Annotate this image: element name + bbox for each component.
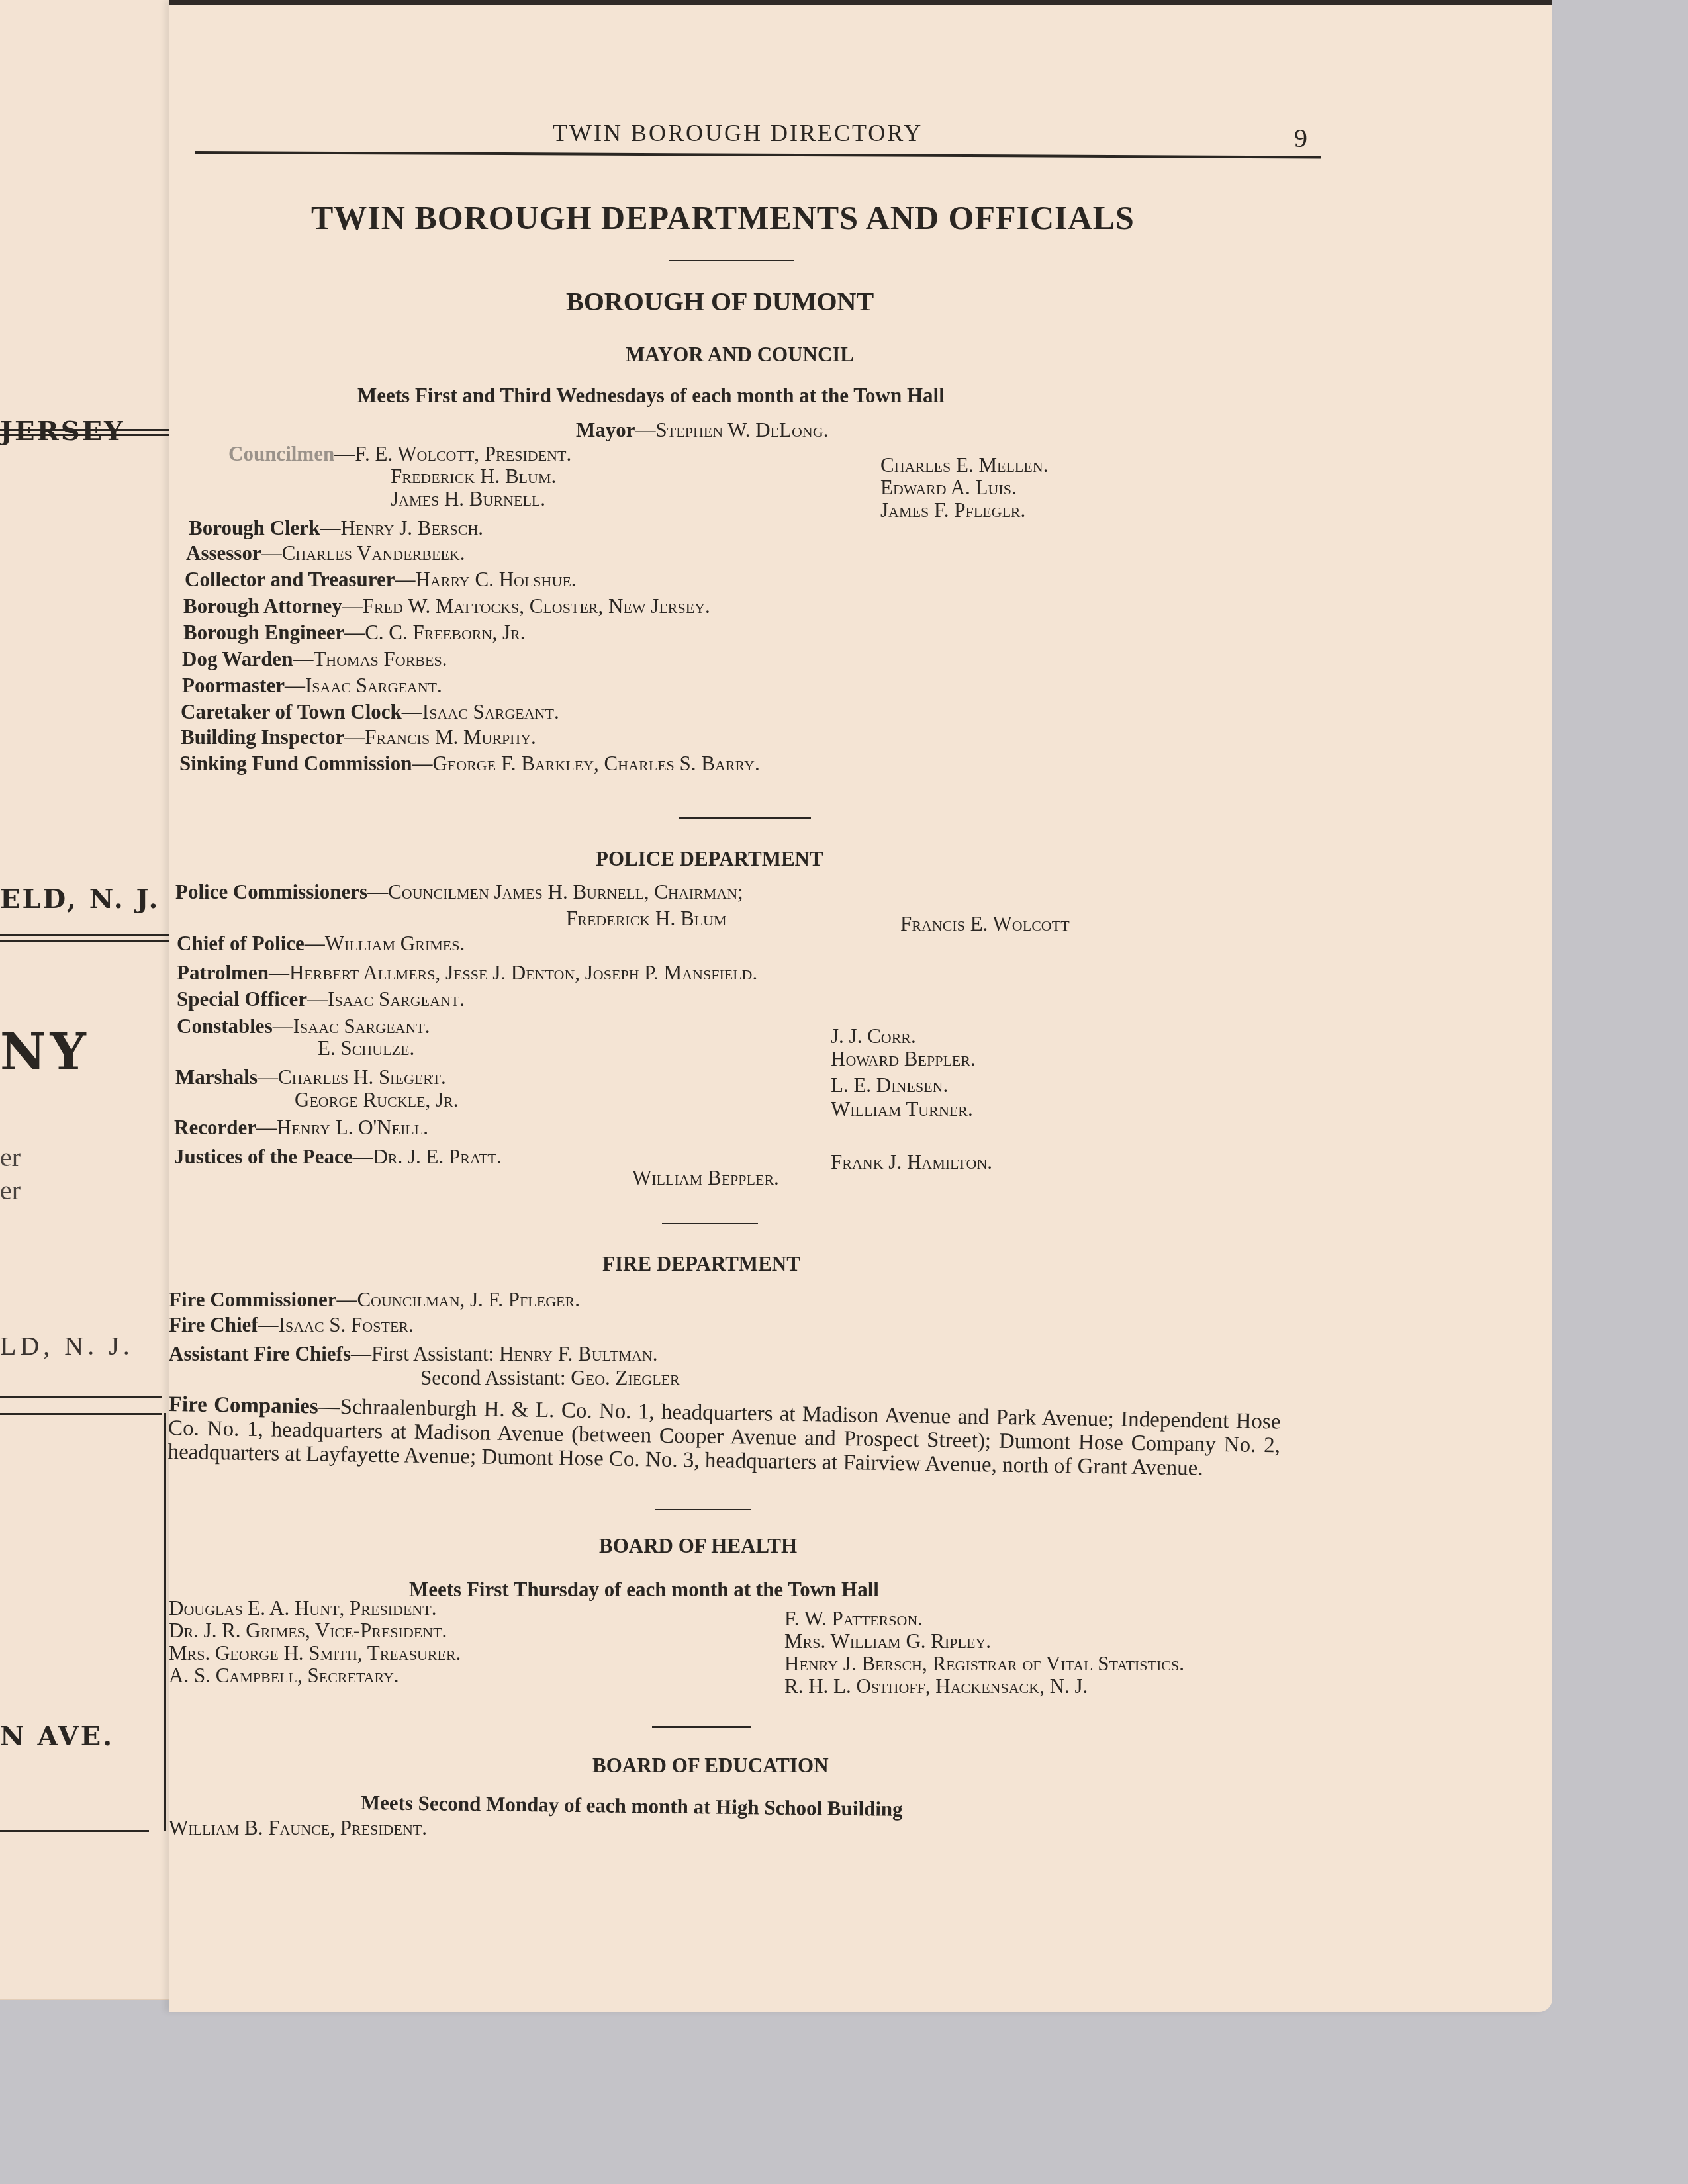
official-line: Marshals—Charles H. Siegert. [175,1066,446,1089]
left-fragment-field-2: LD, N. J. [0,1330,134,1361]
councilman: James H. Burnell. [391,487,545,511]
education-meets: Meets Second Monday of each month at Hig… [361,1791,903,1821]
official-line: Assistant Fire Chiefs—First Assistant: H… [169,1342,658,1366]
official-name: Charles H. Siegert. [278,1066,446,1089]
councilman: F. E. Wolcott, President. [355,442,571,465]
left-fragment-field: ELD, N. J. [0,884,160,915]
official-title: Sinking Fund Commission [179,752,412,775]
councilman: Charles E. Mellen. [880,453,1048,477]
official-name: William Grimes. [325,932,465,955]
official-name: Thomas Forbes. [313,647,447,670]
official-title: Fire Companies [168,1392,318,1419]
official-name: Councilman, J. F. Pfleger. [357,1288,580,1311]
official-line: Patrolmen—Herbert Allmers, Jesse J. Dent… [177,961,757,985]
mayor-name: Stephen W. DeLong. [656,418,829,441]
mayor-line: Mayor—Stephen W. DeLong. [576,418,828,442]
official-title: Police Commissioners [175,880,367,903]
divider [0,934,179,936]
health-member: Mrs. William G. Ripley. [784,1629,991,1653]
page-title: TWIN BOROUGH DEPARTMENTS AND OFFICIALS [311,199,1135,237]
official-name: Charles Vanderbeek. [282,541,465,565]
official-line: Special Officer—Isaac Sargeant. [177,987,465,1011]
official-title: Collector and Treasurer [185,568,395,591]
official-name: Isaac Sargeant. [293,1015,430,1038]
official-title: Special Officer [177,987,307,1011]
divider [0,1830,149,1832]
left-fragment-er: er [0,1175,21,1206]
official-name: Geo. Ziegler [571,1366,679,1389]
divider [669,260,794,261]
divider [0,1396,162,1398]
official-name: William Beppler. [632,1166,779,1190]
mayor-council-meets: Meets First and Third Wednesdays of each… [357,384,945,408]
health-member: Henry J. Bersch, Registrar of Vital Stat… [784,1652,1184,1676]
official-name: Francis M. Murphy. [365,725,536,749]
page-edge-shadow [169,0,1552,5]
official-name: Councilmen James H. Burnell, Chairman; [388,880,743,903]
official-line: Caretaker of Town Clock—Isaac Sargeant. [181,700,559,724]
official-title: Assistant Fire Chiefs [169,1342,351,1365]
police-heading: POLICE DEPARTMENT [596,847,823,871]
official-title: Fire Commissioner [169,1288,336,1311]
fire-heading: FIRE DEPARTMENT [602,1252,800,1276]
official-name: Isaac Sargeant. [328,987,465,1011]
official-name: Frank J. Hamilton. [831,1150,992,1174]
official-line: Assessor—Charles Vanderbeek. [186,541,465,565]
official-title: Patrolmen [177,961,269,984]
official-line: Borough Clerk—Henry J. Bersch. [189,516,483,540]
official-name: George Ruckle, Jr. [295,1088,458,1112]
official-name: L. E. Dinesen. [831,1073,948,1097]
divider [662,1223,758,1224]
divider [0,940,177,942]
health-member: R. H. L. Osthoff, Hackensack, N. J. [784,1674,1088,1698]
official-name: Herbert Allmers, Jesse J. Denton, Joseph… [289,961,757,984]
councilman: Edward A. Luis. [880,476,1017,500]
official-name: Isaac Sargeant. [305,674,442,697]
official-line: Justices of the Peace—Dr. J. E. Pratt. [174,1145,502,1169]
divider [652,1726,751,1728]
official-title: Borough Engineer [183,621,344,644]
official-title: Assessor [186,541,261,565]
official-name: J. J. Corr. [831,1024,916,1048]
councilmen-label: Councilmen [228,442,334,465]
official-line: Fire Commissioner—Councilman, J. F. Pfle… [169,1288,580,1312]
divider [679,817,811,819]
official-title: Poormaster [182,674,285,697]
official-title: Marshals [175,1066,258,1089]
health-member: Dr. J. R. Grimes, Vice-President. [169,1619,447,1643]
divider [0,1413,162,1415]
official-line: Second Assistant: Geo. Ziegler [420,1366,680,1390]
official-line: Dog Warden—Thomas Forbes. [182,647,447,671]
mayor-label: Mayor [576,418,635,441]
mayor-council-heading: MAYOR AND COUNCIL [626,343,854,367]
assistant-label: First Assistant: [371,1342,494,1365]
official-name: William Turner. [831,1097,973,1121]
official-line: Borough Attorney—Fred W. Mattocks, Clost… [183,594,710,618]
official-title: Recorder [174,1116,256,1139]
official-name: Howard Beppler. [831,1047,976,1071]
official-line: Collector and Treasurer—Harry C. Holshue… [185,568,577,592]
health-member: Douglas E. A. Hunt, President. [169,1596,436,1620]
official-name: George F. Barkley, Charles S. Barry. [432,752,759,775]
divider [0,434,191,436]
official-line: Building Inspector—Francis M. Murphy. [181,725,536,749]
directory-page: TWIN BOROUGH DIRECTORY 9 TWIN BOROUGH DE… [169,0,1552,2012]
official-title: Fire Chief [169,1313,258,1336]
left-fragment-jersey: JERSEY [0,416,125,447]
official-title: Borough Clerk [189,516,320,539]
official-title: Chief of Police [177,932,305,955]
official-name: E. Schulze. [318,1036,414,1060]
health-member: A. S. Campbell, Secretary. [169,1664,399,1688]
left-fragment-company: NY [0,1023,90,1081]
fire-companies-text: Schraalenburgh H. & L. Co. No. 1, headqu… [167,1395,1280,1480]
official-name: Isaac Sargeant. [422,700,559,723]
councilmen-line: Councilmen—F. E. Wolcott, President. [228,442,571,466]
official-name: Isaac S. Foster. [279,1313,414,1336]
education-president: William B. Faunce, President. [169,1816,427,1840]
borough-heading: BOROUGH OF DUMONT [566,286,874,317]
official-line: Poormaster—Isaac Sargeant. [182,674,442,698]
official-name: Henry L. O'Neill. [277,1116,428,1139]
official-title: Dog Warden [182,647,293,670]
running-title: TWIN BOROUGH DIRECTORY [553,119,923,147]
health-heading: BOARD OF HEALTH [599,1534,797,1558]
official-name: Frederick H. Blum [566,907,726,931]
health-meets: Meets First Thursday of each month at th… [409,1578,879,1602]
official-name: Henry J. Bersch. [340,516,483,539]
official-title: Justices of the Peace [174,1145,352,1168]
divider [655,1509,751,1510]
official-title: Caretaker of Town Clock [181,700,402,723]
councilman: Frederick H. Blum. [391,465,556,488]
official-line: Constables—Isaac Sargeant. [177,1015,430,1038]
official-name: Fred W. Mattocks, Closter, New Jersey. [363,594,710,617]
police-commissioners-line: Police Commissioners—Councilmen James H.… [175,880,743,904]
health-member: Mrs. George H. Smith, Treasurer. [169,1641,461,1665]
official-line: Fire Chief—Isaac S. Foster. [169,1313,414,1337]
official-line: Recorder—Henry L. O'Neill. [174,1116,428,1140]
health-member: F. W. Patterson. [784,1607,923,1631]
fire-companies-paragraph: Fire Companies—Schraalenburgh H. & L. Co… [167,1392,1280,1481]
official-title: Building Inspector [181,725,344,749]
box-border [164,1413,166,1831]
assistant-label: Second Assistant: [420,1366,566,1389]
divider [0,429,191,431]
official-title: Constables [177,1015,273,1038]
official-line: Chief of Police—William Grimes. [177,932,465,956]
official-line: Borough Engineer—C. C. Freeborn, Jr. [183,621,525,645]
page-number: 9 [1294,122,1307,154]
official-name: C. C. Freeborn, Jr. [365,621,525,644]
header-rule [195,151,1321,158]
left-fragment-ave: N AVE. [0,1721,114,1752]
official-name: Francis E. Wolcott [900,912,1070,936]
official-title: Borough Attorney [183,594,342,617]
official-name: Henry F. Bultman. [499,1342,658,1365]
left-fragment-er: er [0,1142,21,1173]
official-name: Harry C. Holshue. [415,568,576,591]
official-name: Dr. J. E. Pratt. [373,1145,502,1168]
education-heading: BOARD OF EDUCATION [592,1754,829,1778]
councilman: James F. Pfleger. [880,498,1025,522]
official-line: Sinking Fund Commission—George F. Barkle… [179,752,760,776]
